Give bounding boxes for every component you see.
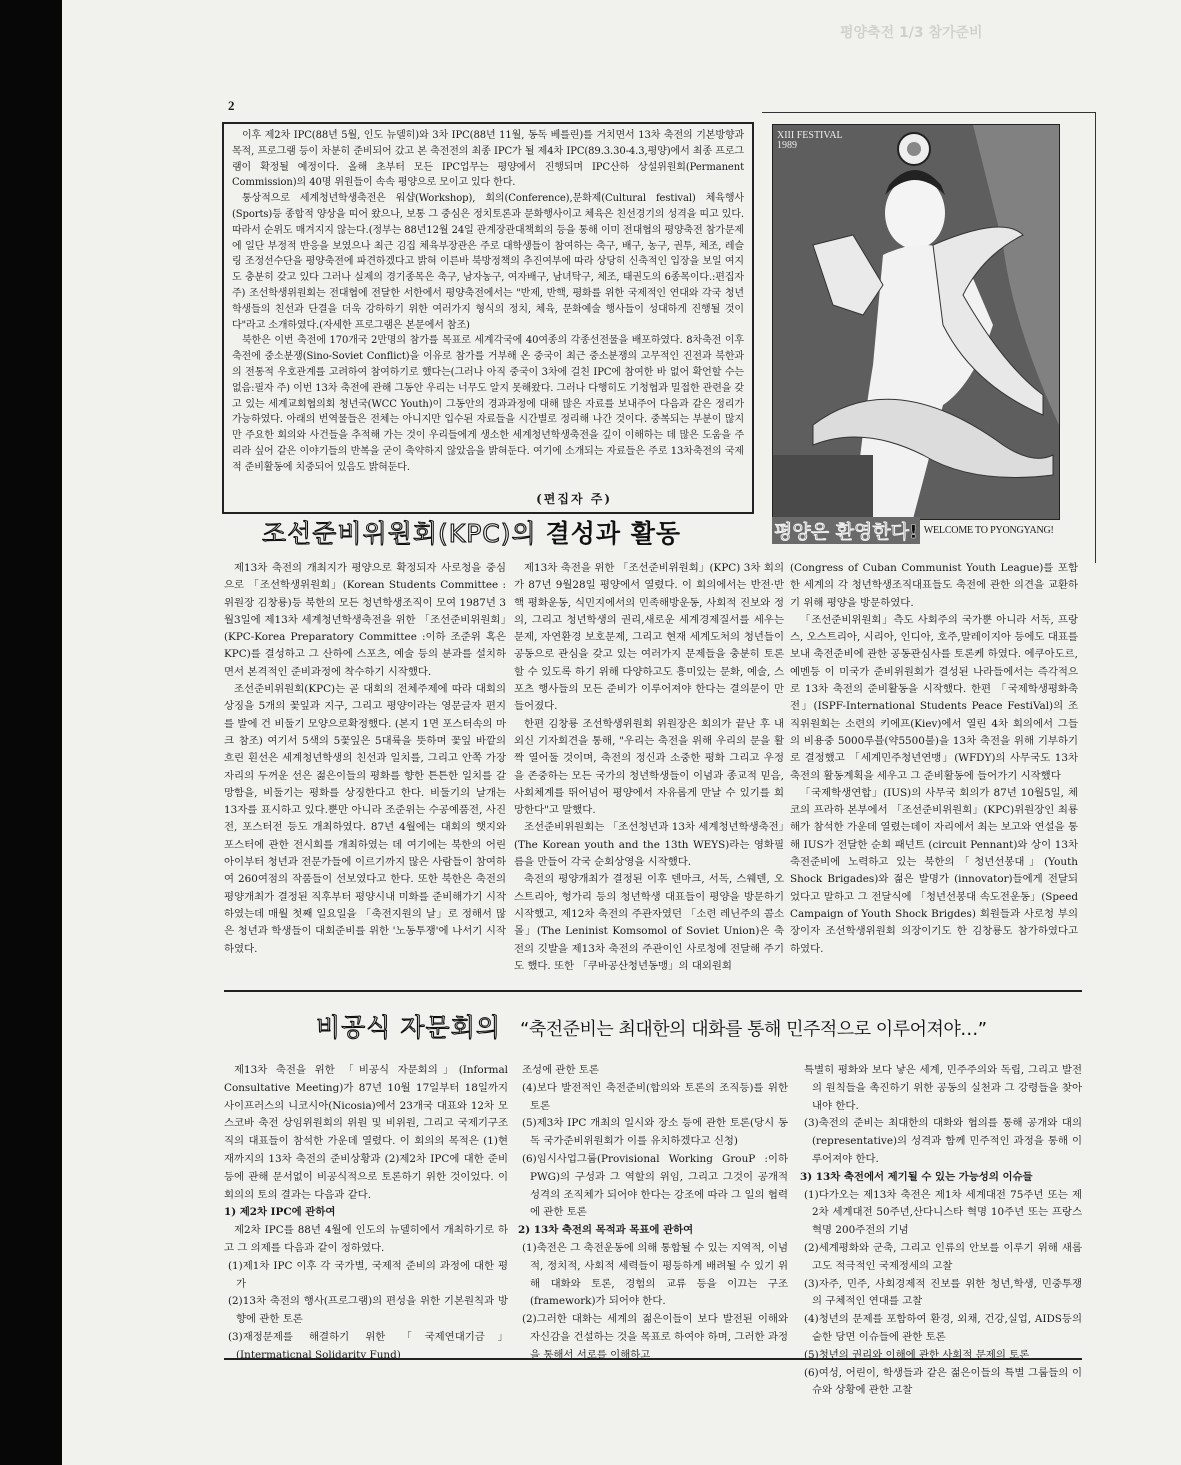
section-divider bbox=[224, 990, 1082, 992]
section1-column-2: 제13차 축전을 위한 「조선준비위원회」(KPC) 3차 회의가 87년 9월… bbox=[514, 560, 784, 975]
section2-column-1: 제13차 축전을 위한 「비공식 자문회의」(Informal Consulta… bbox=[224, 1062, 508, 1365]
article-paragraph: 「국제학생연합」(IUS)의 사무국 회의가 87년 10월5일, 체코의 프라… bbox=[790, 785, 1078, 958]
article-paragraph: (Congress of Cuban Communist Youth Leagu… bbox=[790, 560, 1078, 612]
poster-welcome-banner: 평양은 환영한다! WELCOME TO PYONGYANG! bbox=[772, 519, 1092, 541]
article-paragraph: 조선준비위원회는 「조선청년과 13차 세계청년학생축전」(The Korean… bbox=[514, 819, 784, 871]
editor-intro-box: 이후 제2차 IPC(88년 5월, 인도 뉴델히)와 3차 IPC(88년 1… bbox=[222, 122, 754, 514]
section2-column-2: 조성에 관한 토론 (4)보다 발전적인 축전준비(합의와 토론의 조직등)를 … bbox=[518, 1062, 788, 1365]
agenda-item: (2)13차 축전의 행사(프로그램)의 편성을 위한 기본원칙과 방향에 관한… bbox=[224, 1293, 508, 1329]
section2-column-3: 특별히 평화와 보다 낳은 세계, 민주주의와 독립, 그리고 발전의 원칙들을… bbox=[800, 1062, 1082, 1400]
dancer-illustration-icon bbox=[773, 125, 1059, 519]
festival-poster-image: XIII FESTIVAL 1989 bbox=[772, 124, 1060, 520]
page-number: 2 bbox=[228, 98, 235, 114]
article-paragraph: 「조선준비위원회」측도 사회주의 국가뿐 아니라 서독, 프랑스, 오스트리아,… bbox=[790, 612, 1078, 785]
agenda-item: (2)세계평화와 군축, 그리고 인류의 안보를 이루기 위해 새롭고도 적극적… bbox=[800, 1240, 1082, 1276]
numbered-heading: 2) 13차 축전의 목적과 목표에 관하여 bbox=[518, 1222, 788, 1240]
article-paragraph: 축전의 평양개최가 결정된 이후 덴마크, 서독, 스웨덴, 오스트리아, 헝가… bbox=[514, 871, 784, 975]
agenda-item: (3)자주, 민주, 사회경제적 진보를 위한 청년,학생, 민중투쟁의 구체적… bbox=[800, 1276, 1082, 1312]
bleed-through-text: 평양축전 1/3 참가준비 bbox=[840, 22, 1140, 42]
editor-paragraph: 이후 제2차 IPC(88년 5월, 인도 뉴델히)와 3차 IPC(88년 1… bbox=[232, 128, 744, 191]
agenda-item: (6)임시사업그룹(Provisional Working GrouP :이하 … bbox=[518, 1151, 788, 1222]
agenda-item: (1)다가오는 제13차 축전은 제1차 세계대전 75주년 또는 제2차 세계… bbox=[800, 1187, 1082, 1240]
article-paragraph: 한편 김창룡 조선학생위원회 위원장은 회의가 끝난 후 내외신 기자회견을 통… bbox=[514, 716, 784, 820]
festival-logo-badge: XIII FESTIVAL 1989 bbox=[777, 131, 843, 151]
pull-quote: “축전준비는 최대한의 대화를 통해 민주적으로 이루어져야…” bbox=[520, 1015, 987, 1041]
welcome-korean: 평양은 환영한다! bbox=[772, 517, 920, 544]
section2-headline: 비공식 자문회의 bbox=[316, 1008, 501, 1044]
agenda-item: 조성에 관한 토론 bbox=[518, 1062, 788, 1080]
agenda-item: (2)그러한 대화는 세계의 젊은이들이 보다 발전된 이해와 자신감을 건설하… bbox=[518, 1311, 788, 1364]
welcome-english: WELCOME TO PYONGYANG! bbox=[924, 525, 1054, 536]
bottom-rule bbox=[224, 1358, 1082, 1360]
agenda-item: (4)보다 발전적인 축전준비(합의와 토론의 조직등)를 위한 토론 bbox=[518, 1080, 788, 1116]
agenda-item: 특별히 평화와 보다 낳은 세계, 민주주의와 독립, 그리고 발전의 원칙들을… bbox=[800, 1062, 1082, 1115]
editor-paragraph: 북한은 이번 축전에 170개국 2만명의 참가를 목표로 세계각국에 40여종… bbox=[232, 333, 744, 475]
agenda-item: (5)제3차 IPC 개최의 일시와 장소 등에 관한 토론(당시 동독 국가준… bbox=[518, 1115, 788, 1151]
article-paragraph: 제13차 축전을 위한 「비공식 자문회의」(Informal Consulta… bbox=[224, 1062, 508, 1204]
article-paragraph: 제2차 IPC를 88년 4월에 인도의 뉴델히에서 개최하기로 하고 그 의제… bbox=[224, 1222, 508, 1258]
agenda-item: (1)축전은 그 축전운동에 의해 통합될 수 있는 지역적, 이념적, 정치적… bbox=[518, 1240, 788, 1311]
editor-paragraph: 통상적으로 세계청년학생축전은 워샵(Workshop), 회의(Confere… bbox=[232, 191, 744, 333]
numbered-heading: 3) 13차 축전에서 제기될 수 있는 가능성의 이슈들 bbox=[800, 1169, 1082, 1187]
section1-headline: 조선준비위원회(KPC)의 결성과 활동 bbox=[262, 514, 681, 550]
section1-column-1: 제13차 축전의 개최지가 평양으로 확정되자 사로청을 중심으로 「조선학생위… bbox=[224, 560, 506, 958]
agenda-item: (6)여성, 어린이, 학생들과 같은 젊은이들의 특별 그룹들의 이슈와 상황… bbox=[800, 1365, 1082, 1401]
article-paragraph: 조선준비위원회(KPC)는 곧 대회의 전체주제에 따라 대회의 상징을 5개의… bbox=[224, 681, 506, 958]
numbered-heading: 1) 제2차 IPC에 관하여 bbox=[224, 1204, 508, 1222]
agenda-item: (1)제1차 IPC 이후 각 국가별, 국제적 준비의 과정에 대한 평가 bbox=[224, 1258, 508, 1294]
editor-note: (편집자 주) bbox=[536, 492, 612, 508]
article-paragraph: 제13차 축전을 위한 「조선준비위원회」(KPC) 3차 회의가 87년 9월… bbox=[514, 560, 784, 716]
agenda-item: (4)청년의 문제를 포함하여 환경, 외채, 건강,실업, AIDS등의 숱한… bbox=[800, 1311, 1082, 1347]
agenda-item: (3)축전의 준비는 최대한의 대화와 협의를 통해 공개와 대의(repres… bbox=[800, 1115, 1082, 1168]
section1-column-3: (Congress of Cuban Communist Youth Leagu… bbox=[790, 560, 1078, 958]
scan-binding-edge bbox=[0, 0, 62, 1465]
agenda-item: (5)청년의 권리와 이해에 관한 사회적 문제의 토론 bbox=[800, 1347, 1082, 1365]
article-paragraph: 제13차 축전의 개최지가 평양으로 확정되자 사로청을 중심으로 「조선학생위… bbox=[224, 560, 506, 681]
